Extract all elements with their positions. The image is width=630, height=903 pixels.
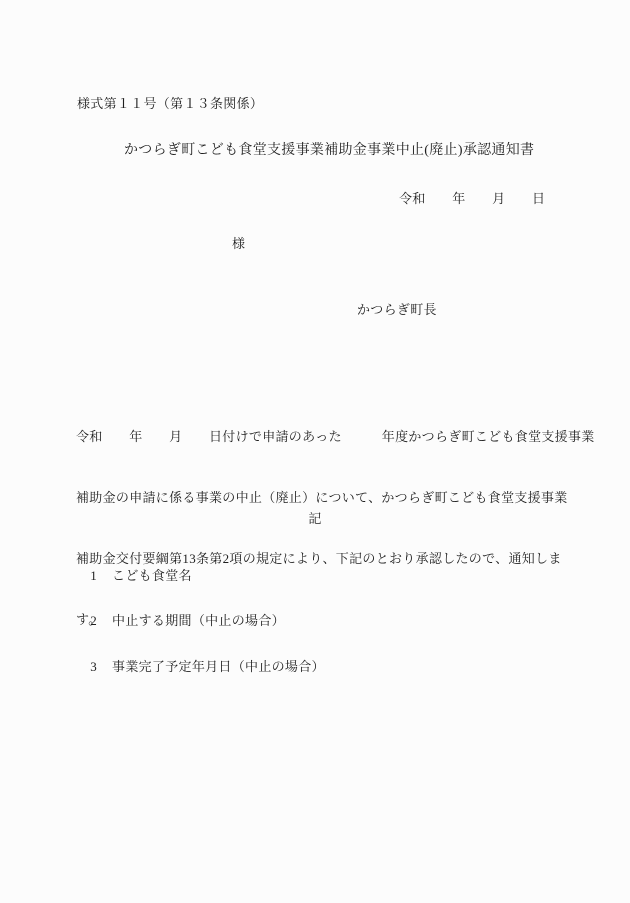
list-item: 1こども食堂名 xyxy=(76,549,192,600)
list-item: 3事業完了予定年月日（中止の場合） xyxy=(76,640,325,691)
item-number: 3 xyxy=(90,659,97,675)
item-label: こども食堂名 xyxy=(112,568,192,583)
body-line: 令和 年 月 日付けで申請のあった 年度かつらぎ町こども食堂支援事業 xyxy=(76,422,576,451)
sender-title: かつらぎ町長 xyxy=(357,299,437,318)
item-label: 中止する期間（中止の場合） xyxy=(112,613,285,628)
date-line: 令和 年 月 日 xyxy=(399,188,545,207)
document-page: 様式第１１号（第１３条関係） かつらぎ町こども食堂支援事業補助金事業中止(廃止)… xyxy=(0,0,630,903)
item-label: 事業完了予定年月日（中止の場合） xyxy=(112,659,325,674)
item-number: 2 xyxy=(90,613,97,629)
recipient-honorific: 様 xyxy=(232,233,245,252)
list-item: 2中止する期間（中止の場合） xyxy=(76,594,285,645)
section-marker-ki: 記 xyxy=(0,508,630,527)
document-title: かつらぎ町こども食堂支援事業補助金事業中止(廃止)承認通知書 xyxy=(124,139,534,159)
form-number: 様式第１１号（第１３条関係） xyxy=(77,93,263,112)
item-number: 1 xyxy=(90,568,97,584)
